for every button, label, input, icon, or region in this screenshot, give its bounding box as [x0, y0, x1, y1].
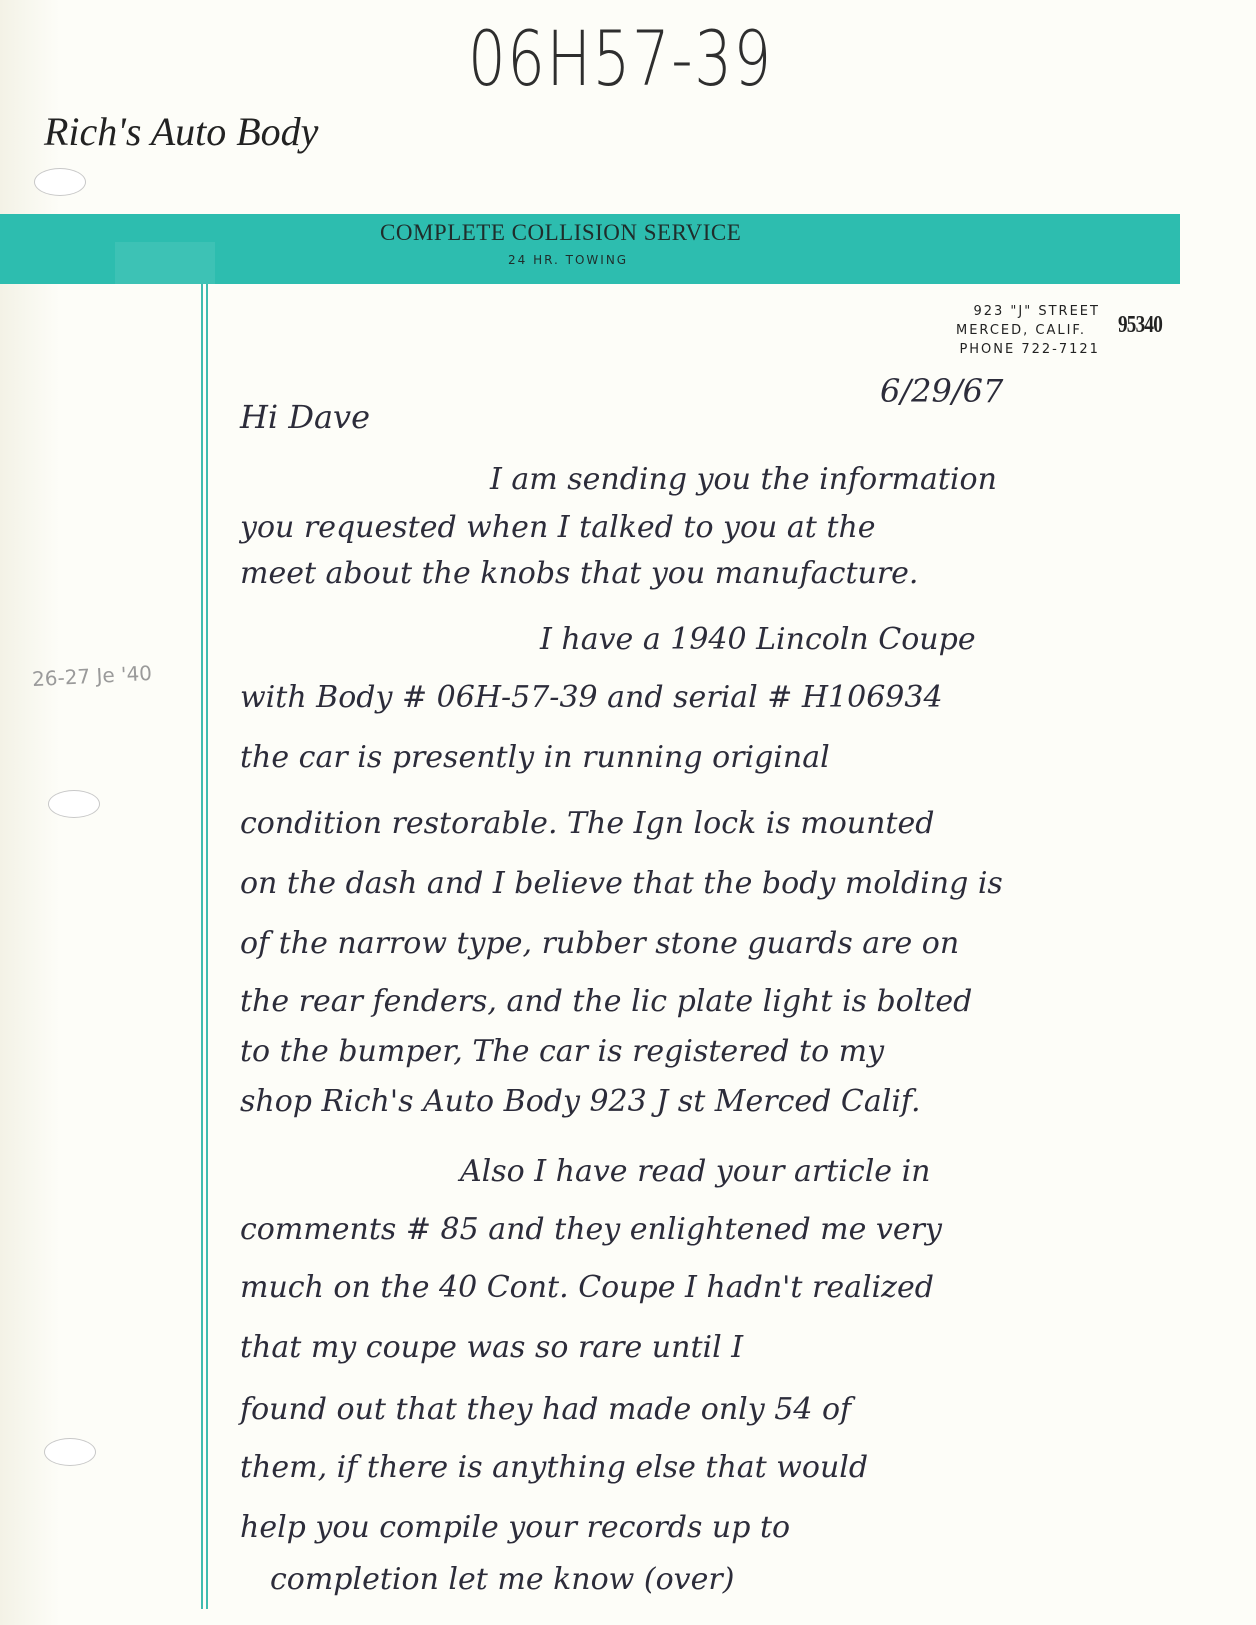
company-name: Rich's Auto Body — [44, 108, 318, 155]
letter-line: on the dash and I believe that the body … — [240, 866, 1003, 901]
letter-line: I have a 1940 Lincoln Coupe — [540, 622, 976, 657]
letter-date: 6/29/67 — [880, 372, 1003, 410]
letter-line: Also I have read your article in — [460, 1154, 931, 1189]
letter-line: found out that they had made only 54 of — [240, 1392, 851, 1427]
company-address: 923 "J" STREET MERCED, CALIF. PHONE 722-… — [956, 302, 1100, 359]
margin-line-right — [206, 284, 208, 1609]
letter-line: them, if there is anything else that wou… — [240, 1450, 868, 1485]
tape-mark — [115, 242, 215, 286]
letter-line: completion let me know (over) — [270, 1562, 734, 1597]
letter-line: condition restorable. The Ign lock is mo… — [240, 806, 934, 841]
zip-stamp: 95340 — [1118, 312, 1162, 339]
letter-line: you requested when I talked to you at th… — [240, 510, 876, 545]
address-street: 923 "J" STREET — [956, 302, 1100, 321]
address-phone: PHONE 722-7121 — [956, 340, 1100, 359]
band-subtitle: 24 HR. TOWING — [508, 253, 628, 267]
punch-hole — [48, 790, 100, 818]
letter-line: to the bumper, The car is registered to … — [240, 1034, 884, 1069]
margin-line-left — [201, 284, 203, 1609]
punch-hole — [44, 1438, 96, 1466]
letter-line: the car is presently in running original — [240, 740, 830, 775]
letter-line: help you compile your records up to — [240, 1510, 790, 1545]
letter-line: the rear fenders, and the lic plate ligh… — [240, 984, 972, 1019]
band-title: COMPLETE COLLISION SERVICE — [380, 220, 741, 246]
letter-line: with Body # 06H-57-39 and serial # H1069… — [240, 680, 943, 715]
pencil-margin-note: 26-27 Je '40 — [31, 661, 152, 691]
letter-line: shop Rich's Auto Body 923 J st Merced Ca… — [240, 1084, 921, 1119]
letter-line: comments # 85 and they enlightened me ve… — [240, 1212, 942, 1247]
letter-line: I am sending you the information — [490, 462, 997, 497]
punch-hole — [34, 168, 86, 196]
letter-line: that my coupe was so rare until I — [240, 1330, 743, 1365]
letter-line: of the narrow type, rubber stone guards … — [240, 926, 959, 961]
stamped-body-number: 06H57-39 — [468, 14, 773, 103]
letter-line: much on the 40 Cont. Coupe I hadn't real… — [240, 1270, 934, 1305]
letter-line: meet about the knobs that you manufactur… — [240, 556, 918, 591]
address-city: MERCED, CALIF. — [956, 321, 1100, 340]
letter-greeting: Hi Dave — [240, 398, 370, 436]
